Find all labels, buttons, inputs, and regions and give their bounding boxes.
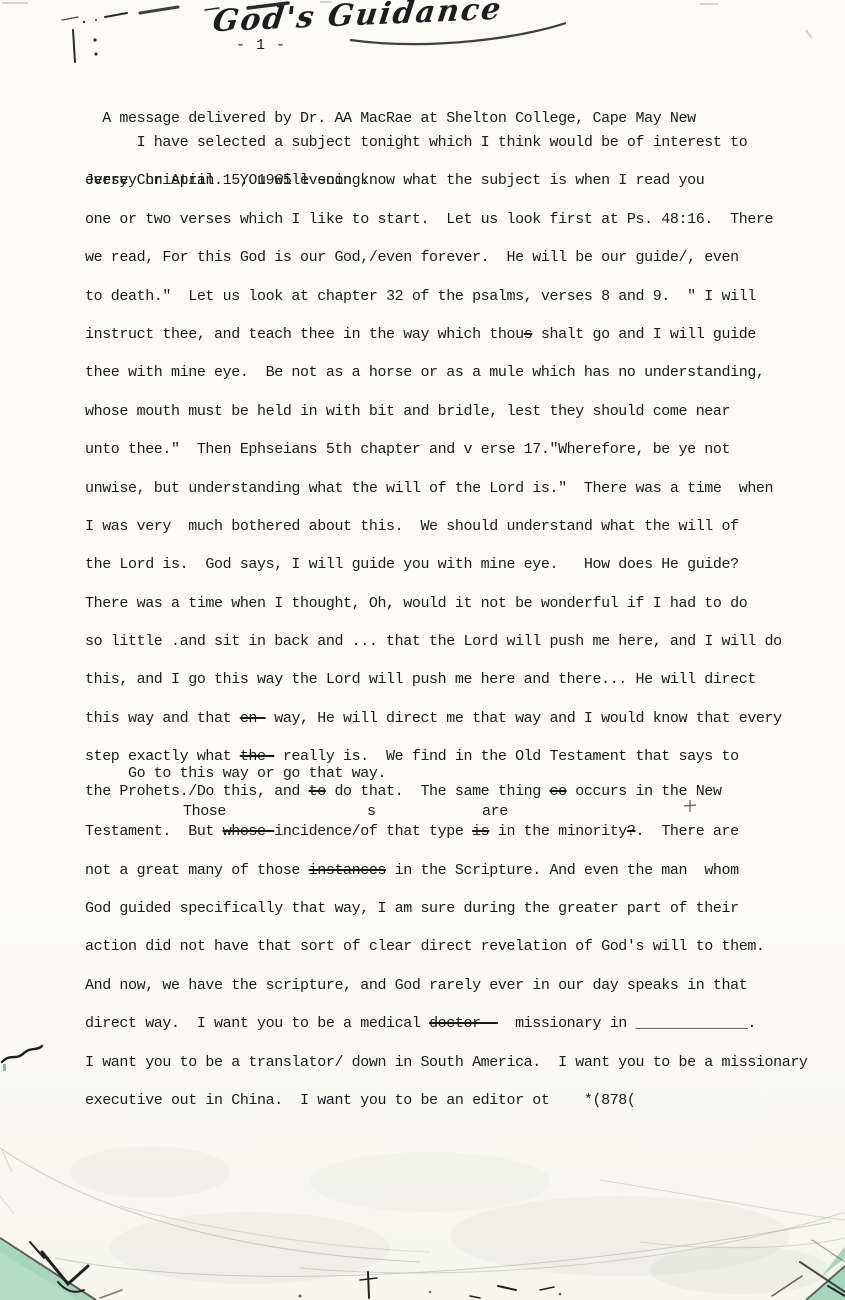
text-segment: the Prohets./Do this, and bbox=[85, 783, 309, 800]
text-segment: the Lord is. God says, I will guide you … bbox=[85, 556, 739, 573]
struck-text: whose bbox=[223, 823, 275, 840]
struck-text: instances bbox=[309, 862, 386, 879]
text-segment: in the minority bbox=[489, 823, 627, 840]
struck-text: s bbox=[524, 326, 533, 343]
text-segment: God guided specifically that way, I am s… bbox=[85, 900, 739, 917]
text-segment: Testament. But bbox=[85, 823, 223, 840]
text-segment: . There are bbox=[636, 823, 739, 840]
text-line: I want you to be a translator/ down in S… bbox=[85, 1053, 835, 1073]
text-segment: And now, we have the scripture, and God … bbox=[85, 977, 747, 994]
text-line: so little .and sit in back and ... that … bbox=[85, 632, 835, 652]
text-segment: this way and that bbox=[85, 710, 240, 727]
body-text: I have selected a subject tonight which … bbox=[85, 133, 835, 1129]
crumple-shading bbox=[70, 1146, 830, 1294]
text-line: And now, we have the scripture, and God … bbox=[85, 976, 835, 996]
text-segment: missionary in bbox=[498, 1015, 636, 1032]
text-line: action did not have that sort of clear d… bbox=[85, 937, 835, 957]
text-line: we read, For this God is our God,/even f… bbox=[85, 248, 835, 268]
struck-text: the- bbox=[240, 748, 274, 765]
text-line: whose mouth must be held in with bit and… bbox=[85, 402, 835, 422]
text-segment: this, and I go this way the Lord will pu… bbox=[85, 671, 756, 688]
text-line: unto thee." Then Ephseians 5th chapter a… bbox=[85, 440, 835, 460]
text-segment: Go to this way or go that way. bbox=[128, 765, 386, 782]
text-segment: shalt go and I will guide bbox=[532, 326, 756, 343]
text-segment: whose mouth must be held in with bit and… bbox=[85, 403, 730, 420]
text-line: step exactly what the- really is. We fin… bbox=[85, 747, 835, 765]
text-segment: really is. We find in the Old Testament … bbox=[274, 748, 738, 765]
text-line: I have selected a subject tonight which … bbox=[85, 133, 835, 153]
interlinear-correction-line: Thosesare bbox=[85, 802, 835, 822]
struck-text: co bbox=[549, 783, 566, 800]
text-segment: I was very much bothered about this. We … bbox=[85, 518, 739, 535]
crease-lines bbox=[0, 1148, 845, 1276]
text-segment: we read, For this God is our God,/even f… bbox=[85, 249, 739, 266]
scanned-document-page: God's Guidance - 1 - A message delivered… bbox=[0, 0, 845, 1300]
text-segment: direct way. I want you to be a medical bbox=[85, 1015, 429, 1032]
text-segment: in the Scripture. And even the man whom bbox=[386, 862, 739, 879]
text-line: not a great many of those instances in t… bbox=[85, 861, 835, 881]
text-segment: thee with mine eye. Be not as a horse or… bbox=[85, 364, 765, 381]
text-line: one or two verses which I like to start.… bbox=[85, 210, 835, 230]
text-segment: incidence/of that type bbox=[274, 823, 472, 840]
struck-text: ? bbox=[627, 823, 636, 840]
text-segment: instruct thee, and teach thee in the way… bbox=[85, 326, 524, 343]
text-line: this way and that en- way, He will direc… bbox=[85, 709, 835, 729]
crumple-dark-marks bbox=[30, 1240, 845, 1298]
text-line: the Prohets./Do this, and to do that. Th… bbox=[85, 783, 835, 802]
text-segment: one or two verses which I like to start.… bbox=[85, 211, 773, 228]
text-segment: step exactly what bbox=[85, 748, 240, 765]
text-segment: unwise, but understanding what the will … bbox=[85, 480, 773, 497]
text-segment: . bbox=[747, 1015, 756, 1032]
struck-text: is bbox=[472, 823, 489, 840]
text-line: unwise, but understanding what the will … bbox=[85, 479, 835, 499]
text-line: executive out in China. I want you to be… bbox=[85, 1091, 835, 1111]
struck-text: en- bbox=[240, 710, 266, 727]
text-segment: I have selected a subject tonight which … bbox=[85, 134, 747, 151]
text-segment: so little .and sit in back and ... that … bbox=[85, 633, 782, 650]
text-line: There was a time when I thought, Oh, wou… bbox=[85, 594, 835, 614]
text-line: this, and I go this way the Lord will pu… bbox=[85, 670, 835, 690]
text-line: instruct thee, and teach thee in the way… bbox=[85, 325, 835, 345]
struck-text: doctor-- bbox=[429, 1015, 498, 1032]
text-line: thee with mine eye. Be not as a horse or… bbox=[85, 363, 835, 383]
text-line: God guided specifically that way, I am s… bbox=[85, 899, 835, 919]
text-segment: not a great many of those bbox=[85, 862, 309, 879]
text-line: I was very much bothered about this. We … bbox=[85, 517, 835, 537]
text-segment: I want you to be a translator/ down in S… bbox=[85, 1054, 808, 1071]
text-line: direct way. I want you to be a medical d… bbox=[85, 1014, 835, 1034]
scanner-bed-corner bbox=[0, 1238, 845, 1300]
text-line: Testament. But whose incidence/of that t… bbox=[85, 822, 835, 842]
text-segment: every Christian. YOu will soon know what… bbox=[85, 172, 704, 189]
text-segment: unto thee." Then Ephseians 5th chapter a… bbox=[85, 441, 730, 458]
text-line: the Lord is. God says, I will guide you … bbox=[85, 555, 835, 575]
text-segment: way, He will direct me that way and I wo… bbox=[266, 710, 782, 727]
text-segment: are bbox=[482, 802, 508, 821]
text-segment: do that. The same thing bbox=[326, 783, 550, 800]
text-segment: action did not have that sort of clear d… bbox=[85, 938, 765, 955]
text-line: to death." Let us look at chapter 32 of … bbox=[85, 287, 835, 307]
page-number: - 1 - bbox=[236, 37, 286, 54]
text-segment: to death." Let us look at chapter 32 of … bbox=[85, 288, 756, 305]
text-segment: Those bbox=[183, 802, 226, 821]
text-segment: executive out in China. I want you to be… bbox=[85, 1092, 636, 1109]
text-segment: s bbox=[367, 802, 376, 821]
text-line: Go to this way or go that way. bbox=[128, 765, 835, 783]
text-segment: _____________ bbox=[636, 1015, 748, 1032]
text-segment: There was a time when I thought, Oh, wou… bbox=[85, 595, 747, 612]
struck-text: to bbox=[309, 783, 326, 800]
margin-squiggle bbox=[2, 1046, 42, 1071]
text-line: every Christian. YOu will soon know what… bbox=[85, 171, 835, 191]
text-segment: occurs in the New bbox=[567, 783, 722, 800]
intro-line-1: A message delivered by Dr. AA MacRae at … bbox=[85, 109, 815, 130]
